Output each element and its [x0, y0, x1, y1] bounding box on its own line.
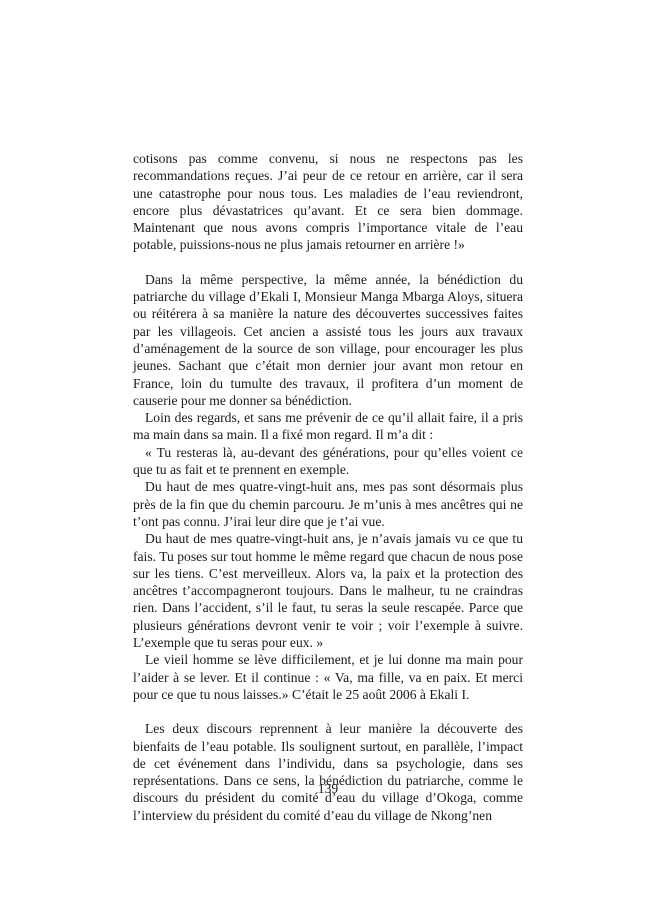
- paragraph-quote: « Tu resteras là, au-devant des générati…: [133, 444, 523, 479]
- page-text-block: cotisons pas comme convenu, si nous ne r…: [133, 150, 523, 824]
- paragraph-quote: Du haut de mes quatre-vingt-huit ans, je…: [133, 530, 523, 651]
- paragraph: Loin des regards, et sans me prévenir de…: [133, 409, 523, 444]
- paragraph: Les deux discours reprennent à leur mani…: [133, 720, 523, 824]
- book-page: cotisons pas comme convenu, si nous ne r…: [0, 0, 650, 920]
- paragraph: Dans la même perspective, la même année,…: [133, 271, 523, 409]
- page-number: 139: [133, 780, 523, 797]
- paragraph-quote: Du haut de mes quatre-vingt-huit ans, me…: [133, 478, 523, 530]
- paragraph-continuation: cotisons pas comme convenu, si nous ne r…: [133, 150, 523, 254]
- paragraph: Le vieil homme se lève difficilement, et…: [133, 651, 523, 703]
